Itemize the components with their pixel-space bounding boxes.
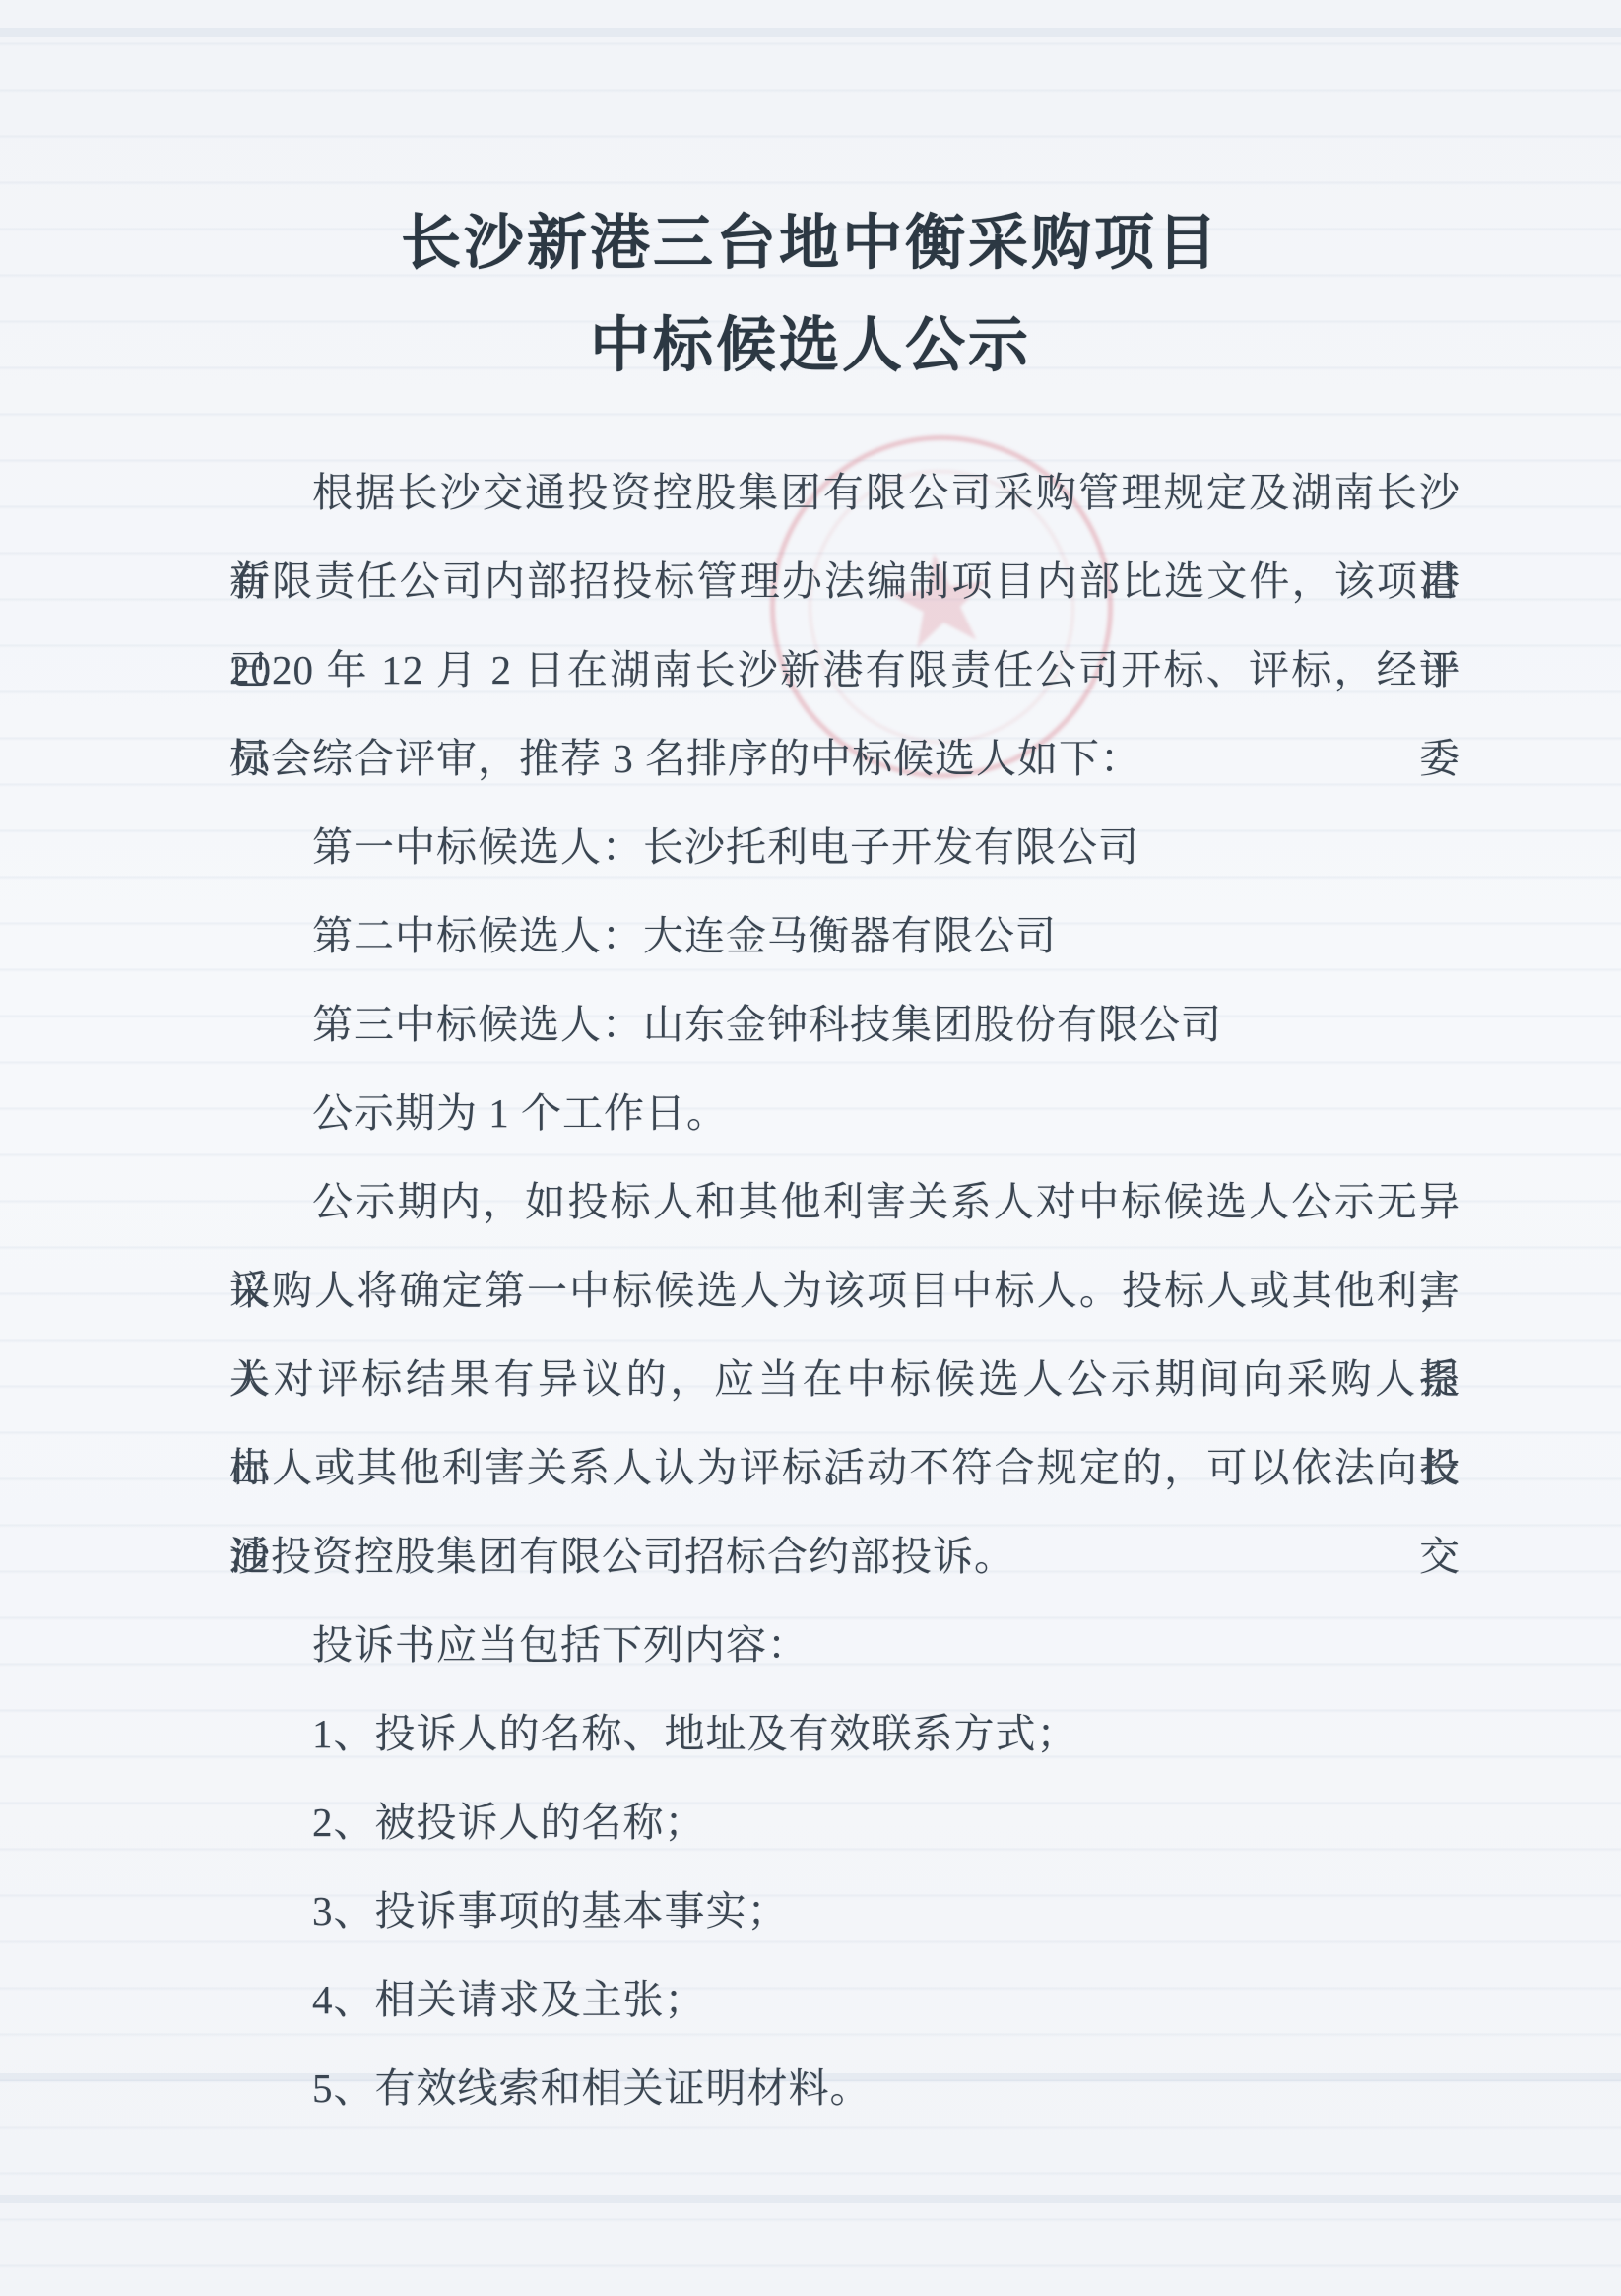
text-line: 投诉书应当包括下列内容： [229, 1601, 1460, 1689]
text-line: 第一中标候选人：长沙托利电子开发有限公司 [229, 803, 1460, 891]
scan-artifact-band [0, 2195, 1621, 2203]
text-line: 标人或其他利害关系人认为评标活动不符合规定的，可以依法向长沙交 [229, 1423, 1460, 1512]
text-line: 根据长沙交通投资控股集团有限公司采购管理规定及湖南长沙新港 [229, 448, 1460, 537]
document-title-line-1: 长沙新港三台地中衡采购项目 [0, 193, 1621, 295]
text-line: 公示期为 1 个工作日。 [229, 1069, 1460, 1157]
document-body: 根据长沙交通投资控股集团有限公司采购管理规定及湖南长沙新港有限责任公司内部招投标… [229, 448, 1460, 2132]
scan-artifact-band [0, 28, 1621, 37]
text-line: 2、被投诉人的名称； [229, 1778, 1460, 1867]
text-line: 采购人将确定第一中标候选人为该项目中标人。投标人或其他利害关系 [229, 1246, 1460, 1335]
text-line: 公示期内，如投标人和其他利害关系人对中标候选人公示无异议， [229, 1157, 1460, 1246]
text-line: 第二中标候选人：大连金马衡器有限公司 [229, 891, 1460, 980]
text-line: 4、相关请求及主张； [229, 1955, 1460, 2044]
scanned-document-page: 长沙新港三台地中衡采购项目 中标候选人公示 ★ 根据长沙交通投资控股集团有限公司… [0, 0, 1621, 2296]
text-line: 第三中标候选人：山东金钟科技集团股份有限公司 [229, 980, 1460, 1069]
text-line: 2020 年 12 月 2 日在湖南长沙新港有限责任公司开标、评标，经评标委 [229, 625, 1460, 714]
text-line: 3、投诉事项的基本事实； [229, 1867, 1460, 1955]
document-title: 长沙新港三台地中衡采购项目 中标候选人公示 [0, 193, 1621, 398]
text-line: 人对评标结果有异议的，应当在中标候选人公示期间向采购人提出。投 [229, 1335, 1460, 1423]
text-line: 5、有效线索和相关证明材料。 [229, 2044, 1460, 2132]
document-title-line-2: 中标候选人公示 [0, 295, 1621, 398]
text-line: 1、投诉人的名称、地址及有效联系方式； [229, 1689, 1460, 1778]
text-line: 有限责任公司内部招投标管理办法编制项目内部比选文件，该项目已于 [229, 537, 1460, 625]
